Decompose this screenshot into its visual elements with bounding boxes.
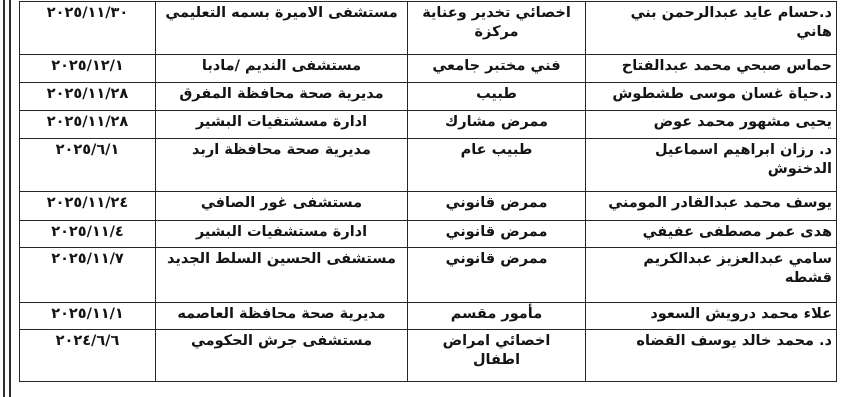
cell-name: سامي عبدالعزيز عبدالكريم قشطه	[586, 248, 837, 303]
cell-hospital: مستشفى الاميرة بسمه التعليمي	[156, 2, 408, 55]
table-row: د.حسام عايد عبدالرحمن بني هانياخصائي تخد…	[20, 2, 837, 55]
cell-job: ممرض مشارك	[408, 111, 586, 139]
cell-hospital: مديرية صحة محافظة العاصمه	[156, 303, 408, 330]
table-row: د. رزان ابراهيم اسماعيل الدخنوشطبيب عامم…	[20, 139, 837, 192]
cell-date: ٢٠٢٥/١١/١	[20, 303, 156, 330]
cell-date: ٢٠٢٥/١١/٢٤	[20, 192, 156, 221]
cell-date: ٢٠٢٤/٦/٦	[20, 330, 156, 382]
cell-hospital: مديرية صحة محافظة المفرق	[156, 83, 408, 111]
cell-date: ٢٠٢٥/١٢/١	[20, 55, 156, 83]
cell-job: اخصائي امراض اطفال	[408, 330, 586, 382]
table-row: د.حياة غسان موسى طشطوشطبيبمديرية صحة محا…	[20, 83, 837, 111]
cell-hospital: ادارة مستشفيات البشير	[156, 221, 408, 248]
cell-hospital: مستشفى جرش الحكومي	[156, 330, 408, 382]
cell-name: يوسف محمد عبدالقادر المومني	[586, 192, 837, 221]
cell-job: مأمور مقسم	[408, 303, 586, 330]
cell-job: ممرض قانوني	[408, 221, 586, 248]
page-edge-line-inner	[9, 0, 11, 397]
cell-job: اخصائي تخدير وعناية مركزة	[408, 2, 586, 55]
cell-date: ٢٠٢٥/٦/١	[20, 139, 156, 192]
personnel-table-body: د.حسام عايد عبدالرحمن بني هانياخصائي تخد…	[20, 2, 837, 382]
personnel-table: د.حسام عايد عبدالرحمن بني هانياخصائي تخد…	[19, 1, 837, 382]
table-row: د. محمد خالد يوسف القضاهاخصائي امراض اطف…	[20, 330, 837, 382]
cell-name: حماس صبحي محمد عبدالفتاح	[586, 55, 837, 83]
page-edge-line-outer	[3, 0, 5, 397]
table-row: يوسف محمد عبدالقادر المومنيممرض قانونيمس…	[20, 192, 837, 221]
table-row: هدى عمر مصطفى عفيفيممرض قانونيادارة مستش…	[20, 221, 837, 248]
cell-date: ٢٠٢٥/١١/٤	[20, 221, 156, 248]
cell-date: ٢٠٢٥/١١/٢٨	[20, 83, 156, 111]
cell-date: ٢٠٢٥/١١/٢٨	[20, 111, 156, 139]
cell-job: فني مختبر جامعي	[408, 55, 586, 83]
cell-job: طبيب عام	[408, 139, 586, 192]
cell-name: هدى عمر مصطفى عفيفي	[586, 221, 837, 248]
cell-name: د.حسام عايد عبدالرحمن بني هاني	[586, 2, 837, 55]
cell-name: د. محمد خالد يوسف القضاه	[586, 330, 837, 382]
cell-hospital: ادارة مسشتفيات البشير	[156, 111, 408, 139]
table-row: علاء محمد درويش السعودمأمور مقسممديرية ص…	[20, 303, 837, 330]
cell-hospital: مستشفى النديم /مادبا	[156, 55, 408, 83]
cell-hospital: مديرية صحة محافظة اربد	[156, 139, 408, 192]
cell-name: د.حياة غسان موسى طشطوش	[586, 83, 837, 111]
cell-date: ٢٠٢٥/١١/٧	[20, 248, 156, 303]
table-row: سامي عبدالعزيز عبدالكريم قشطهممرض قانوني…	[20, 248, 837, 303]
scanned-page: د.حسام عايد عبدالرحمن بني هانياخصائي تخد…	[0, 0, 841, 397]
cell-hospital: مستشفى غور الصافي	[156, 192, 408, 221]
cell-name: يحيى مشهور محمد عوض	[586, 111, 837, 139]
cell-hospital: مستشفى الحسين السلط الجديد	[156, 248, 408, 303]
table-row: يحيى مشهور محمد عوضممرض مشاركادارة مسشتف…	[20, 111, 837, 139]
cell-name: د. رزان ابراهيم اسماعيل الدخنوش	[586, 139, 837, 192]
cell-date: ٢٠٢٥/١١/٣٠	[20, 2, 156, 55]
cell-job: طبيب	[408, 83, 586, 111]
table-row: حماس صبحي محمد عبدالفتاحفني مختبر جامعيم…	[20, 55, 837, 83]
cell-job: ممرض قانوني	[408, 248, 586, 303]
cell-job: ممرض قانوني	[408, 192, 586, 221]
cell-name: علاء محمد درويش السعود	[586, 303, 837, 330]
